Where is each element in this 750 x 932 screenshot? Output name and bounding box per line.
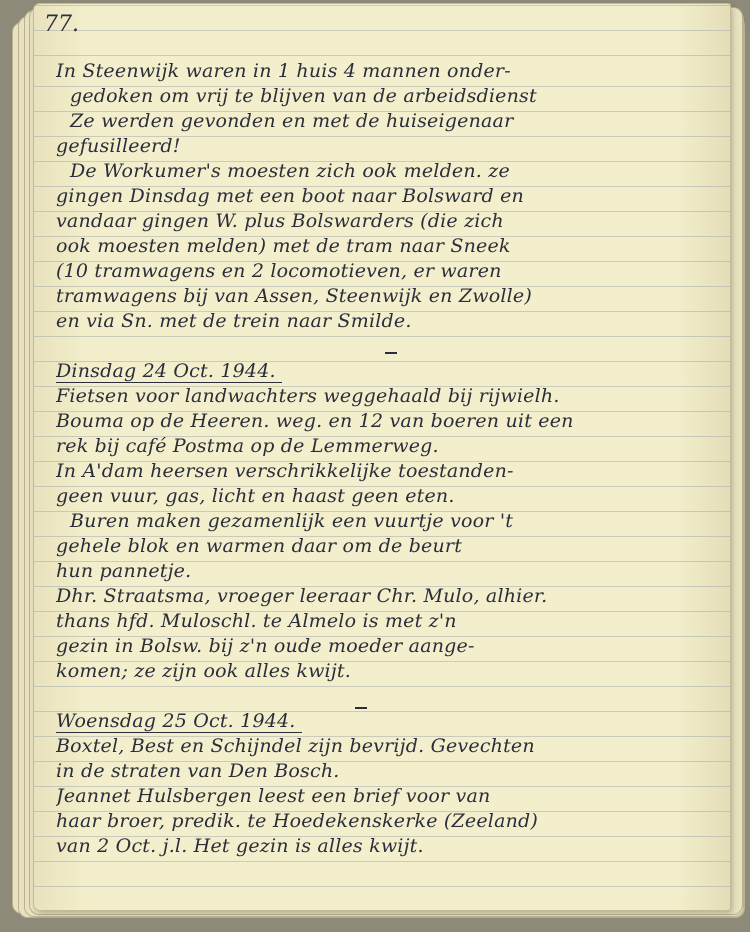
entry-woensdag-25-oct: Woensdag 25 Oct. 1944. Boxtel, Best en S… xyxy=(56,709,716,859)
text-line: De Workumer's moesten zich ook melden. z… xyxy=(56,159,716,184)
text-line: hun pannetje. xyxy=(56,559,716,584)
text-line: Ze werden gevonden en met de huiseigenaa… xyxy=(56,109,716,134)
diary-page: 77. In Steenwijk waren in 1 huis 4 manne… xyxy=(34,4,730,910)
text-line: rek bij café Postma op de Lemmerweg. xyxy=(56,434,716,459)
text-line: van 2 Oct. j.l. Het gezin is alles kwijt… xyxy=(56,834,716,859)
entry-separator xyxy=(385,352,397,354)
text-line: In A'dam heersen verschrikkelijke toesta… xyxy=(56,459,716,484)
text-line: gezin in Bolsw. bij z'n oude moeder aang… xyxy=(56,634,716,659)
text-line: gedoken om vrij te blijven van de arbeid… xyxy=(56,84,716,109)
text-line: Boxtel, Best en Schijndel zijn bevrijd. … xyxy=(56,734,716,759)
text-line: geen vuur, gas, licht en haast geen eten… xyxy=(56,484,716,509)
text-line: gefusilleerd! xyxy=(56,134,716,159)
text-line: vandaar gingen W. plus Bolswarders (die … xyxy=(56,209,716,234)
text-line: In Steenwijk waren in 1 huis 4 mannen on… xyxy=(56,59,716,84)
text-line: Dhr. Straatsma, vroeger leeraar Chr. Mul… xyxy=(56,584,716,609)
text-line: tramwagens bij van Assen, Steenwijk en Z… xyxy=(56,284,716,309)
text-line: en via Sn. met de trein naar Smilde. xyxy=(56,309,716,334)
text-line: thans hfd. Muloschl. te Almelo is met z'… xyxy=(56,609,716,634)
text-line: Fietsen voor landwachters weggehaald bij… xyxy=(56,384,716,409)
entry-date-heading: Dinsdag 24 Oct. 1944. xyxy=(56,360,282,383)
text-line: (10 tramwagens en 2 locomotieven, er war… xyxy=(56,259,716,284)
text-line: haar broer, predik. te Hoedekenskerke (Z… xyxy=(56,809,716,834)
text-line: ook moesten melden) met de tram naar Sne… xyxy=(56,234,716,259)
text-line: in de straten van Den Bosch. xyxy=(56,759,716,784)
entry-dinsdag-24-oct: Dinsdag 24 Oct. 1944. Fietsen voor landw… xyxy=(56,359,716,684)
text-line: gingen Dinsdag met een boot naar Bolswar… xyxy=(56,184,716,209)
entry-date-heading: Woensdag 25 Oct. 1944. xyxy=(56,710,302,733)
text-line: komen; ze zijn ook alles kwijt. xyxy=(56,659,716,684)
entry-continuation: In Steenwijk waren in 1 huis 4 mannen on… xyxy=(56,59,716,334)
text-line: Buren maken gezamenlijk een vuurtje voor… xyxy=(56,509,716,534)
text-line: gehele blok en warmen daar om de beurt xyxy=(56,534,716,559)
text-line: Jeannet Hulsbergen leest een brief voor … xyxy=(56,784,716,809)
page-number: 77. xyxy=(44,12,79,37)
text-line: Bouma op de Heeren. weg. en 12 van boere… xyxy=(56,409,716,434)
